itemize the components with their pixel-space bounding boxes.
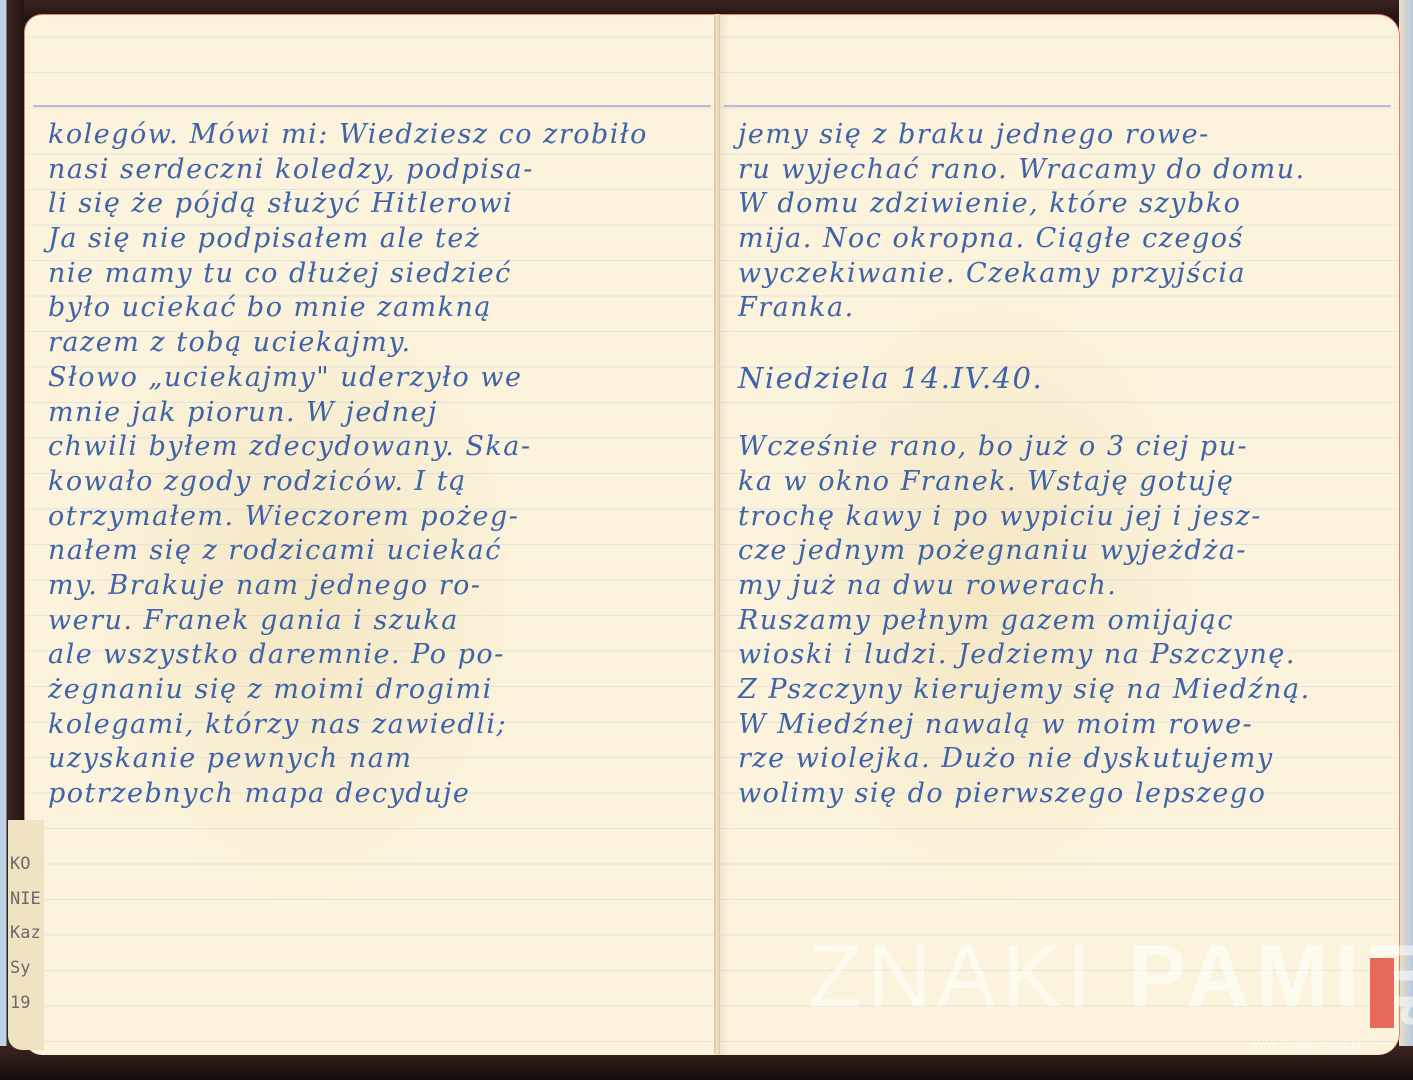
handwritten-line: żegnaniu się z moimi drogimi <box>48 673 648 708</box>
left-page-handwriting: kolegów. Mówi mi: Wiedziesz co zrobiło n… <box>48 118 648 812</box>
handwritten-line: mnie jak piorun. W jednej <box>48 396 648 431</box>
handwritten-line: wyczekiwanie. Czekamy przyjścia <box>738 257 1311 292</box>
handwritten-line: kowało zgody rodziców. I tą <box>48 465 648 500</box>
handwritten-line: razem z tobą uciekajmy. <box>48 326 648 361</box>
watermark-url: www.znakipamieci.pl <box>1250 1037 1361 1051</box>
handwritten-line: kolegów. Mówi mi: Wiedziesz co zrobiło <box>48 118 648 153</box>
handwritten-line: Słowo „uciekajmy" uderzyło we <box>48 361 648 396</box>
handwritten-line: Z Pszczyny kierujemy się na Miedźną. <box>738 673 1311 708</box>
handwritten-line: było uciekać bo mnie zamkną <box>48 291 648 326</box>
handwritten-line: wioski i ludzi. Jedziemy na Pszczynę. <box>738 638 1311 673</box>
handwritten-line: ka w okno Franek. Wstaję gotuję <box>738 465 1311 500</box>
handwritten-line: Ja się nie podpisałem ale też <box>48 222 648 257</box>
handwritten-line: ru wyjechać rano. Wracamy do domu. <box>738 153 1311 188</box>
handwritten-line: trochę kawy i po wypiciu jej i jesz- <box>738 500 1311 535</box>
handwritten-line: Wcześnie rano, bo już o 3 ciej pu- <box>738 430 1311 465</box>
watermark-logo: ZNAKI PAMIĘCI <box>808 925 1413 1027</box>
blank-line <box>738 326 1311 361</box>
blank-line <box>738 396 1311 431</box>
handwritten-line: chwili byłem zdecydowany. Ska- <box>48 430 648 465</box>
handwritten-line: potrzebnych mapa decyduje <box>48 777 648 812</box>
handwritten-line: Ruszamy pełnym gazem omijając <box>738 604 1311 639</box>
watermark-accent-bar <box>1370 958 1394 1028</box>
handwritten-line: otrzymałem. Wieczorem pożeg- <box>48 500 648 535</box>
strip-line: NIE <box>10 885 42 920</box>
handwritten-line: kolegami, którzy nas zawiedli; <box>48 708 648 743</box>
strip-line: Kaz <box>10 919 42 954</box>
handwritten-line: mija. Noc okropna. Ciągłe czegoś <box>738 222 1311 257</box>
handwritten-line: Franka. <box>738 291 1311 326</box>
strip-line: 19 <box>10 989 42 1024</box>
notebook-cover-right <box>1399 0 1413 1060</box>
binding-gutter <box>714 14 720 1054</box>
handwritten-line: jemy się z braku jednego rowe- <box>738 118 1311 153</box>
handwritten-line: cze jednym pożegnaniu wyjeżdża- <box>738 534 1311 569</box>
handwritten-line: nasi serdeczni koledzy, podpisa- <box>48 153 648 188</box>
inserted-card-text: KONIEKazSy19 <box>10 850 42 1023</box>
handwritten-line: my już na dwu rowerach. <box>738 569 1311 604</box>
handwritten-line: wolimy się do pierwszego lepszego <box>738 777 1311 812</box>
handwritten-line: uzyskanie pewnych nam <box>48 742 648 777</box>
strip-line: Sy <box>10 954 42 989</box>
right-page-handwriting: jemy się z braku jednego rowe- ru wyjech… <box>738 118 1311 812</box>
handwritten-line: ale wszystko daremnie. Po po- <box>48 638 648 673</box>
handwritten-line: rze wiolejka. Dużo nie dyskutujemy <box>738 742 1311 777</box>
handwritten-line: my. Brakuje nam jednego ro- <box>48 569 648 604</box>
watermark-word-1: ZNAKI <box>808 926 1097 1025</box>
handwritten-line: li się że pójdą służyć Hitlerowi <box>48 187 648 222</box>
header-rule <box>33 105 711 107</box>
handwritten-line: nie mamy tu co dłużej siedzieć <box>48 257 648 292</box>
strip-line: KO <box>10 850 42 885</box>
handwritten-line: nałem się z rodzicami uciekać <box>48 534 648 569</box>
handwritten-line: weru. Franek gania i szuka <box>48 604 648 639</box>
handwritten-line: W domu zdziwienie, które szybko <box>738 187 1311 222</box>
handwritten-line: W Miedźnej nawalą w moim rowe- <box>738 708 1311 743</box>
entry-date-heading: Niedziela 14.IV.40. <box>738 361 1311 396</box>
header-rule <box>724 105 1391 107</box>
